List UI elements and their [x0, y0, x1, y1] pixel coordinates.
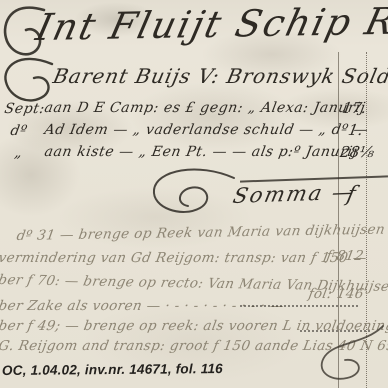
lower-entry-line: vermindering van Gd Reijgom: transp: van…	[0, 250, 368, 266]
entry-prefix: dº	[9, 123, 29, 139]
ship-title: Int Fluijt Schip Risdam	[32, 0, 388, 49]
entry-prefix: „	[13, 145, 24, 161]
entry-amount: 17.	[341, 99, 368, 117]
archive-reference-caption: OC, 1.04.02, inv.nr. 14671, fol. 116	[2, 361, 223, 378]
lower-entry-amount: fol: 146	[307, 286, 365, 302]
manuscript-scan: Int Fluijt Schip Risdam Barent Buijs V: …	[0, 0, 388, 388]
entry-line: Ad Idem — „ vaderlandse schuld — „ dº —	[43, 122, 369, 138]
entry-amount: 28⅛	[339, 143, 376, 161]
somma-label: Somma —	[231, 180, 358, 208]
entry-line: aan D E Camp: es £ gegn: „ Alexa: Januri…	[43, 100, 367, 116]
lower-entry-line: dº 31 — brenge op Reek van Maria van dij…	[15, 222, 386, 244]
entry-prefix: Sept:	[3, 101, 46, 117]
lower-entry-amount: f 812	[325, 248, 365, 264]
somma-flourish	[148, 168, 238, 220]
entry-line: aan kiste — „ Een Pt. — — als p:º Januri…	[43, 144, 359, 160]
account-holder-line: Barent Buijs V: Bronswyk Soldaat Geeft N…	[51, 64, 388, 88]
dotted-fill-rule	[240, 305, 358, 307]
bottom-flourish	[295, 322, 388, 386]
